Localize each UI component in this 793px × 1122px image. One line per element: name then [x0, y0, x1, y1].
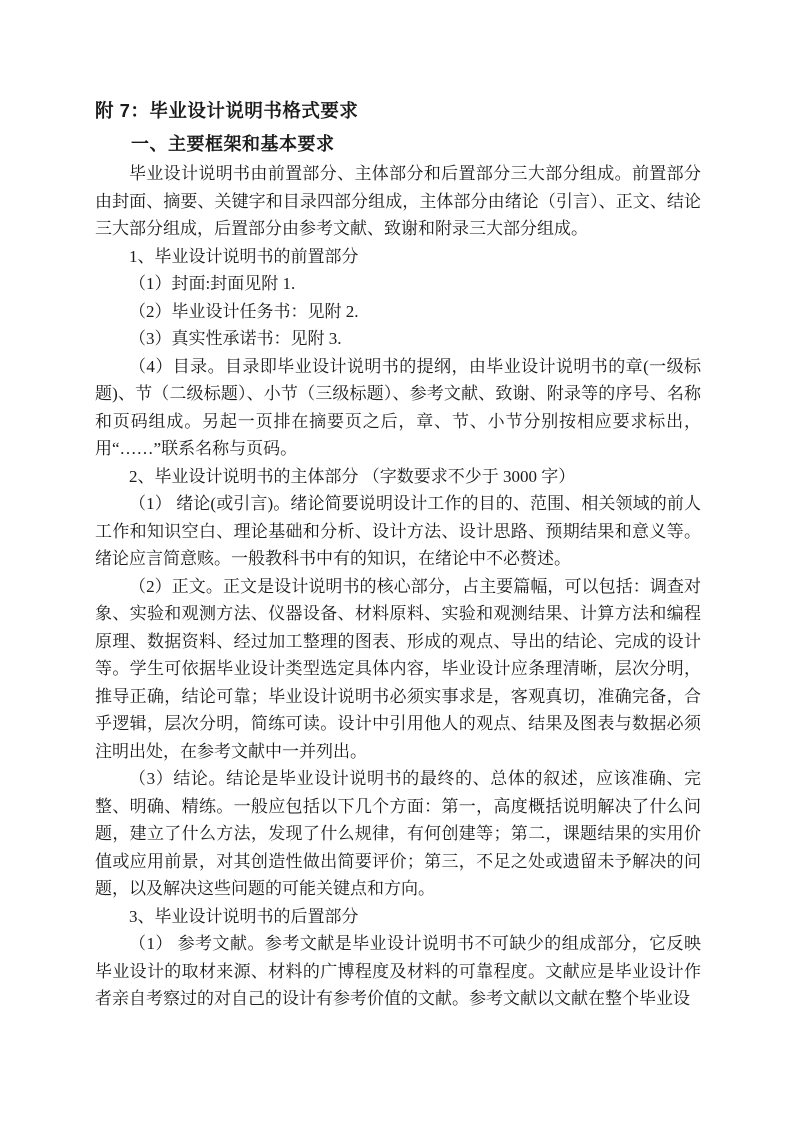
list-item-authenticity: （3）真实性承诺书：见附 3.: [95, 325, 701, 353]
list-item-body-text: （2）正文。正文是设计说明书的核心部分，占主要篇幅，可以包括：调查对象、实验和观…: [95, 573, 701, 766]
list-item-front-part: 1、毕业设计说明书的前置部分: [95, 243, 701, 271]
section-heading: 一、主要框架和基本要求: [95, 130, 701, 158]
paragraph: 毕业设计说明书由前置部分、主体部分和后置部分三大部分组成。前置部分由封面、摘要、…: [95, 160, 701, 243]
list-item-toc: （4）目录。目录即毕业设计说明书的提纲，由毕业设计说明书的章(一级标题)、节（二…: [95, 353, 701, 463]
list-item-introduction: （1） 绪论(或引言)。绪论简要说明设计工作的目的、范围、相关领域的前人工作和知…: [95, 490, 701, 573]
document-title: 附 7：毕业设计说明书格式要求: [95, 97, 701, 125]
list-item-task-book: （2）毕业设计任务书：见附 2.: [95, 298, 701, 326]
list-item-back-part: 3、毕业设计说明书的后置部分: [95, 903, 701, 931]
list-item-cover: （1）封面:封面见附 1.: [95, 270, 701, 298]
list-item-references: （1） 参考文献。参考文献是毕业设计说明书不可缺少的组成部分，它反映毕业设计的取…: [95, 930, 701, 1013]
list-item-conclusion: （3）结论。结论是毕业设计说明书的最终的、总体的叙述，应该准确、完整、明确、精练…: [95, 765, 701, 903]
list-item-main-part: 2、毕业设计说明书的主体部分 （字数要求不少于 3000 字）: [95, 463, 701, 491]
document-page: 附 7：毕业设计说明书格式要求 一、主要框架和基本要求 毕业设计说明书由前置部分…: [0, 0, 793, 1122]
